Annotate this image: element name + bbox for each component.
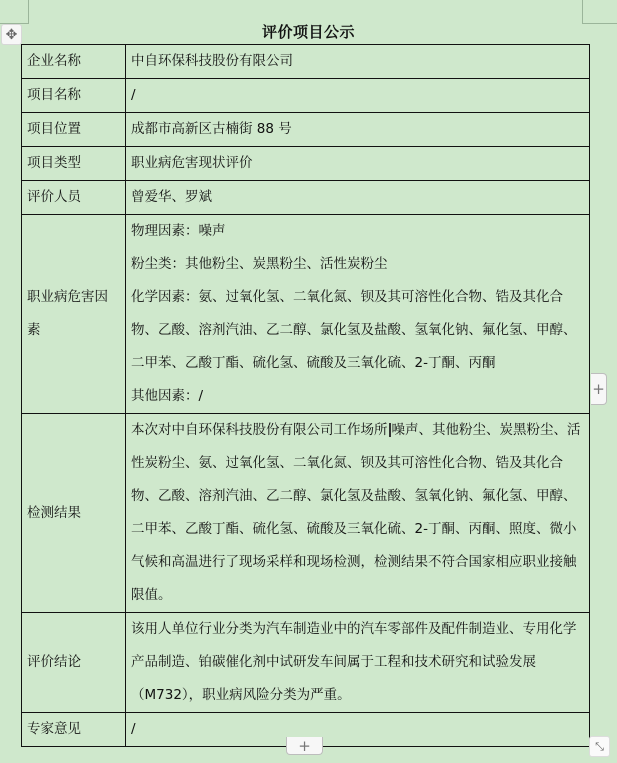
- row-value[interactable]: 物理因素：噪声 粉尘类：其他粉尘、炭黑粉尘、活性炭粉尘 化学因素：氨、过氧化氢、…: [126, 215, 590, 414]
- resize-icon: ⤡: [595, 740, 604, 754]
- hazard-chemical: 化学因素：氨、过氧化氢、二氧化氮、钡及其可溶性化合物、锆及其化合物、乙酸、溶剂汽…: [131, 281, 584, 380]
- row-value[interactable]: /: [126, 713, 590, 747]
- row-value[interactable]: 成都市高新区古楠街 88 号: [126, 113, 590, 147]
- row-value[interactable]: 曾爱华、罗斌: [126, 181, 590, 215]
- table-row-project-type: 项目类型 职业病危害现状评价: [22, 147, 590, 181]
- result-text-part2: 噪声、其他粉尘、炭黑粉尘、活性炭粉尘、氨、过氧化氢、二氧化氮、钡及其可溶性化合物…: [131, 422, 581, 603]
- row-value[interactable]: /: [126, 79, 590, 113]
- document-title: 评价项目公示: [0, 21, 617, 42]
- plus-icon: +: [592, 380, 605, 398]
- row-value[interactable]: 中自环保科技股份有限公司: [126, 45, 590, 79]
- row-label[interactable]: 项目位置: [22, 113, 126, 147]
- table-resize-handle[interactable]: ⤡: [589, 736, 610, 757]
- row-label[interactable]: 评价人员: [22, 181, 126, 215]
- result-text-part1: 本次对中自环保科技股份有限公司工作场所: [131, 422, 388, 438]
- table-row-project-name: 项目名称 /: [22, 79, 590, 113]
- row-label[interactable]: 企业名称: [22, 45, 126, 79]
- row-label[interactable]: 专家意见: [22, 713, 126, 747]
- row-value[interactable]: 该用人单位行业分类为汽车制造业中的汽车零部件及配件制造业、专用化学产品制造、铂碳…: [126, 613, 590, 713]
- row-label[interactable]: 评价结论: [22, 613, 126, 713]
- plus-icon: +: [298, 737, 311, 755]
- text-cursor: [389, 423, 391, 437]
- row-value[interactable]: 本次对中自环保科技股份有限公司工作场所噪声、其他粉尘、炭黑粉尘、活性炭粉尘、氨、…: [126, 414, 590, 613]
- row-label[interactable]: 检测结果: [22, 414, 126, 613]
- table-row-evaluators: 评价人员 曾爱华、罗斌: [22, 181, 590, 215]
- row-label[interactable]: 职业病危害因素: [22, 215, 126, 414]
- row-label[interactable]: 项目类型: [22, 147, 126, 181]
- project-info-table: 企业名称 中自环保科技股份有限公司 项目名称 / 项目位置 成都市高新区古楠街 …: [21, 44, 590, 747]
- add-column-button[interactable]: +: [591, 373, 607, 405]
- row-label[interactable]: 项目名称: [22, 79, 126, 113]
- hazard-dust: 粉尘类：其他粉尘、炭黑粉尘、活性炭粉尘: [131, 248, 584, 281]
- hazard-physical: 物理因素：噪声: [131, 215, 584, 248]
- table-row-hazard-factors: 职业病危害因素 物理因素：噪声 粉尘类：其他粉尘、炭黑粉尘、活性炭粉尘 化学因素…: [22, 215, 590, 414]
- hazard-other: 其他因素：/: [131, 380, 584, 413]
- table-row-location: 项目位置 成都市高新区古楠街 88 号: [22, 113, 590, 147]
- table-row-conclusion: 评价结论 该用人单位行业分类为汽车制造业中的汽车零部件及配件制造业、专用化学产品…: [22, 613, 590, 713]
- table-row-company: 企业名称 中自环保科技股份有限公司: [22, 45, 590, 79]
- table-row-test-results: 检测结果 本次对中自环保科技股份有限公司工作场所噪声、其他粉尘、炭黑粉尘、活性炭…: [22, 414, 590, 613]
- row-value[interactable]: 职业病危害现状评价: [126, 147, 590, 181]
- add-row-button[interactable]: +: [286, 737, 323, 755]
